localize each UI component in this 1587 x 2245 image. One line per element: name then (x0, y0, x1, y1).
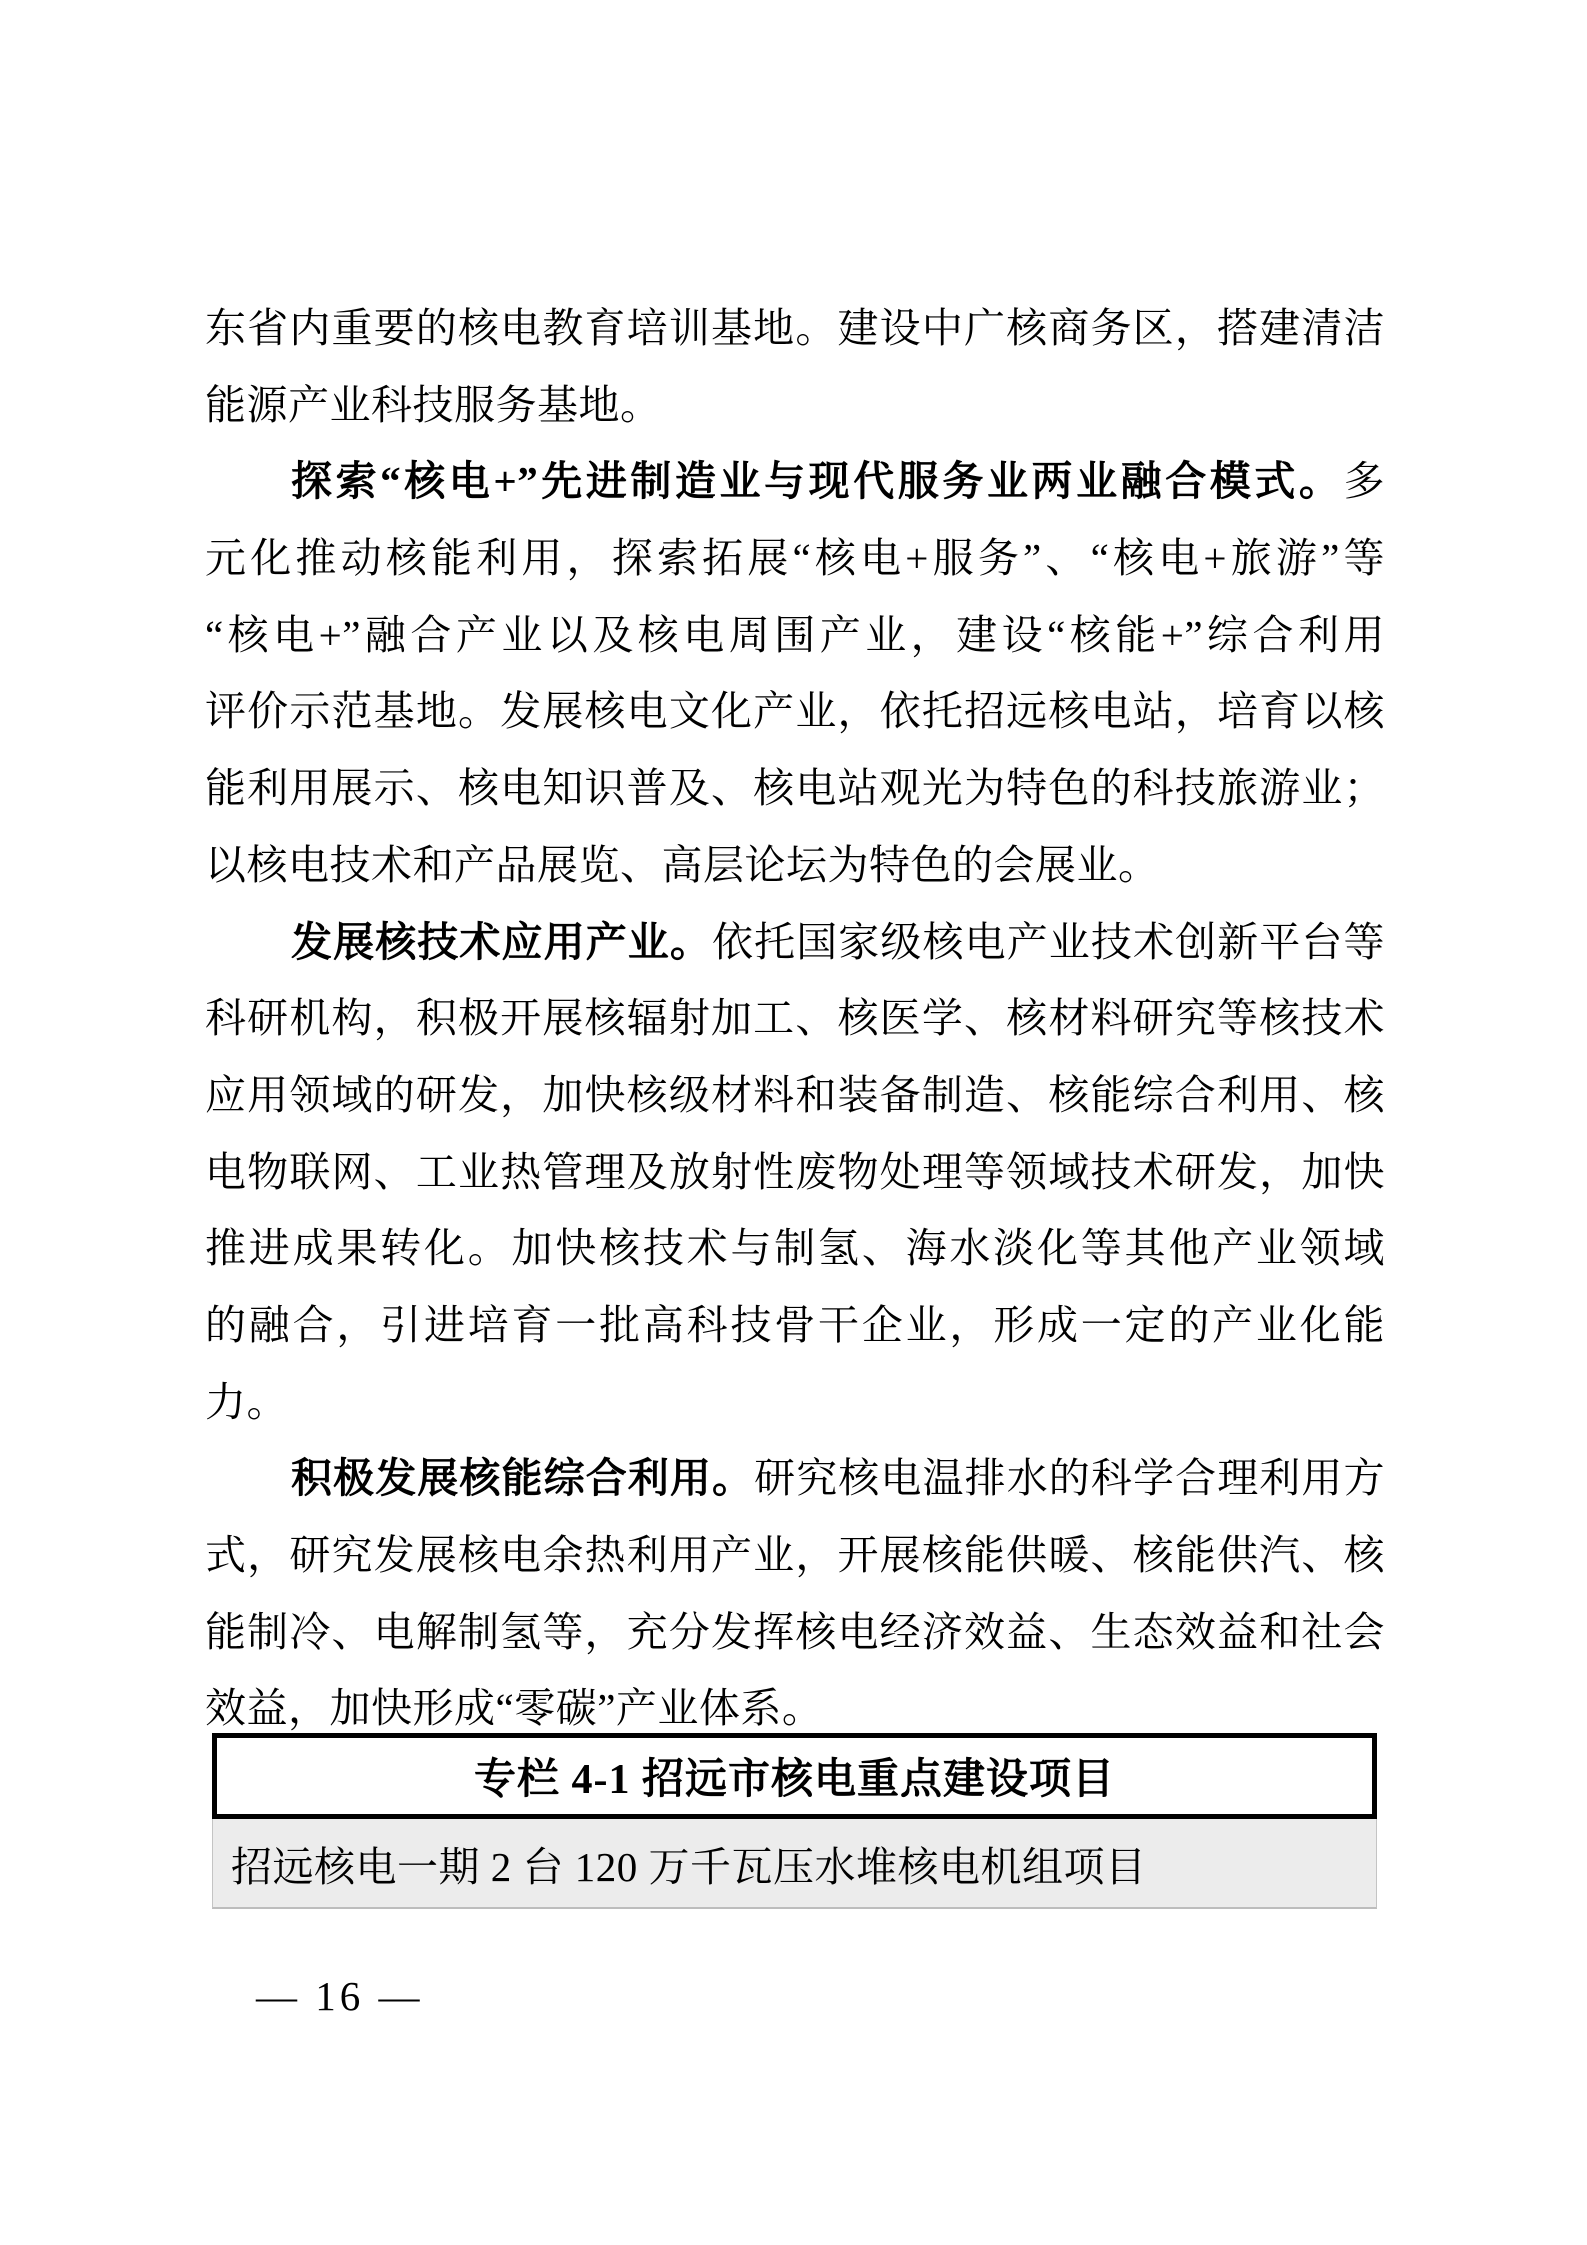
text-line: 元化推动核能利用，探索拓展“核电+服务”、“核电+旅游”等 (205, 520, 1385, 597)
text-line: 式，研究发展核电余热利用产业，开展核能供暖、核能供汽、核 (205, 1517, 1385, 1594)
text-line: 电物联网、工业热管理及放射性废物处理等领域技术研发，加快 (205, 1134, 1385, 1211)
text-line: 的融合，引进培育一批高科技骨干企业，形成一定的产业化能 (205, 1287, 1385, 1364)
document-page: 东省内重要的核电教育培训基地。建设中广核商务区，搭建清洁能源产业科技服务基地。探… (0, 0, 1587, 2245)
text-segment: 效益，加快形成“零碳”产业体系。 (205, 1685, 823, 1731)
text-line: 力。 (205, 1364, 1385, 1441)
text-line: 以核电技术和产品展览、高层论坛为特色的会展业。 (205, 827, 1385, 904)
text-segment: 应用领域的研发，加快核级材料和装备制造、核能综合利用、核 (205, 1072, 1385, 1118)
panel-row: 招远核电一期 2 台 120 万千瓦压水堆核电机组项目 (212, 1819, 1377, 1909)
page-footer: — 16 — (256, 1972, 424, 2020)
text-segment: 能利用展示、核电知识普及、核电站观光为特色的科技旅游业； (205, 765, 1385, 811)
panel-box-4-1: 专栏 4-1 招远市核电重点建设项目 招远核电一期 2 台 120 万千瓦压水堆… (212, 1733, 1377, 1909)
text-segment: 的融合，引进培育一批高科技骨干企业，形成一定的产业化能 (205, 1302, 1385, 1348)
text-line: 积极发展核能综合利用。研究核电温排水的科学合理利用方 (205, 1440, 1385, 1517)
text-line: 推进成果转化。加快核技术与制氢、海水淡化等其他产业领域 (205, 1210, 1385, 1287)
text-line: 发展核技术应用产业。依托国家级核电产业技术创新平台等 (205, 904, 1385, 981)
text-line: 科研机构，积极开展核辐射加工、核医学、核材料研究等核技术 (205, 980, 1385, 1057)
panel-title: 专栏 4-1 招远市核电重点建设项目 (474, 1746, 1115, 1806)
text-segment: 东省内重要的核电教育培训基地。建设中广核商务区，搭建清洁 (205, 305, 1385, 351)
text-line: 应用领域的研发，加快核级材料和装备制造、核能综合利用、核 (205, 1057, 1385, 1134)
text-line: “核电+”融合产业以及核电周围产业，建设“核能+”综合利用 (205, 597, 1385, 674)
body-text-block: 东省内重要的核电教育培训基地。建设中广核商务区，搭建清洁能源产业科技服务基地。探… (205, 290, 1385, 1747)
text-segment: 科研机构，积极开展核辐射加工、核医学、核材料研究等核技术 (205, 995, 1385, 1041)
paragraph-lead: 积极发展核能综合利用。 (291, 1455, 754, 1501)
text-segment: 多 (1344, 458, 1386, 504)
text-line: 能制冷、电解制氢等，充分发挥核电经济效益、生态效益和社会 (205, 1594, 1385, 1671)
text-segment: 能制冷、电解制氢等，充分发挥核电经济效益、生态效益和社会 (205, 1609, 1385, 1655)
text-segment: 能源产业科技服务基地。 (205, 382, 662, 428)
paragraph-lead: 发展核技术应用产业。 (291, 919, 712, 965)
text-segment: 推进成果转化。加快核技术与制氢、海水淡化等其他产业领域 (205, 1225, 1385, 1271)
panel-body: 招远核电一期 2 台 120 万千瓦压水堆核电机组项目 (212, 1819, 1377, 1909)
text-segment: 研究核电温排水的科学合理利用方 (754, 1455, 1385, 1501)
text-segment: 式，研究发展核电余热利用产业，开展核能供暖、核能供汽、核 (205, 1532, 1385, 1578)
text-line: 能利用展示、核电知识普及、核电站观光为特色的科技旅游业； (205, 750, 1385, 827)
panel-header: 专栏 4-1 招远市核电重点建设项目 (212, 1733, 1377, 1819)
text-segment: 评价示范基地。发展核电文化产业，依托招远核电站，培育以核 (205, 688, 1385, 734)
paragraph-lead: 探索“核电+”先进制造业与现代服务业两业融合模式。 (291, 458, 1344, 504)
text-line: 能源产业科技服务基地。 (205, 367, 1385, 444)
text-line: 评价示范基地。发展核电文化产业，依托招远核电站，培育以核 (205, 673, 1385, 750)
text-line: 探索“核电+”先进制造业与现代服务业两业融合模式。多 (205, 443, 1385, 520)
text-segment: “核电+”融合产业以及核电周围产业，建设“核能+”综合利用 (205, 612, 1385, 658)
page-number: — 16 — (256, 1973, 424, 2019)
text-line: 东省内重要的核电教育培训基地。建设中广核商务区，搭建清洁 (205, 290, 1385, 367)
text-segment: 元化推动核能利用，探索拓展“核电+服务”、“核电+旅游”等 (205, 535, 1385, 581)
text-segment: 电物联网、工业热管理及放射性废物处理等领域技术研发，加快 (205, 1149, 1385, 1195)
text-segment: 以核电技术和产品展览、高层论坛为特色的会展业。 (205, 842, 1160, 888)
text-segment: 力。 (205, 1379, 288, 1425)
text-segment: 依托国家级核电产业技术创新平台等 (712, 919, 1385, 965)
